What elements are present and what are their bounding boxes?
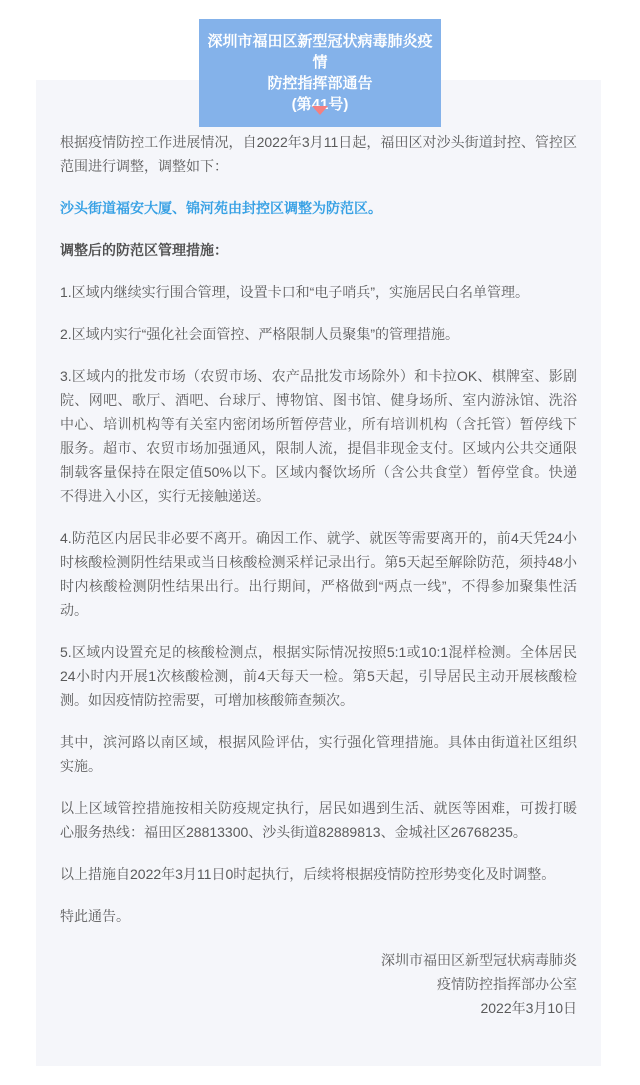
arrow-down-icon — [312, 106, 328, 115]
notice-title-line1: 深圳市福田区新型冠状病毒肺炎疫情 — [203, 31, 437, 73]
signature-org-line1: 深圳市福田区新型冠状病毒肺炎 — [60, 948, 577, 972]
signature-date: 2022年3月10日 — [60, 996, 577, 1020]
signature-block: 深圳市福田区新型冠状病毒肺炎 疫情防控指挥部办公室 2022年3月10日 — [60, 948, 577, 1020]
notice-page: 深圳市福田区新型冠状病毒肺炎疫情 防控指挥部通告 (第41号) 根据疫情防控工作… — [0, 0, 640, 1085]
paragraph-measure-3: 3.区域内的批发市场（农贸市场、农产品批发市场除外）和卡拉OK、棋牌室、影剧院、… — [60, 364, 577, 508]
notice-card: 根据疫情防控工作进展情况，自2022年3月11日起，福田区对沙头街道封控、管控区… — [36, 80, 601, 1066]
paragraph-binhe-road: 其中，滨河路以南区域，根据风险评估，实行强化管理措施。具体由街道社区组织实施。 — [60, 730, 577, 778]
paragraph-measures-heading: 调整后的防范区管理措施： — [60, 238, 577, 262]
paragraph-hotline: 以上区域管控措施按相关防疫规定执行，居民如遇到生活、就医等困难，可拨打暖心服务热… — [60, 796, 577, 844]
paragraph-intro: 根据疫情防控工作进展情况，自2022年3月11日起，福田区对沙头街道封控、管控区… — [60, 130, 577, 178]
paragraph-measure-2: 2.区域内实行“强化社会面管控、严格限制人员聚集”的管理措施。 — [60, 322, 577, 346]
paragraph-measure-4: 4.防范区内居民非必要不离开。确因工作、就学、就医等需要离开的，前4天凭24小时… — [60, 526, 577, 622]
paragraph-highlight-adjustment: 沙头街道福安大厦、锦河苑由封控区调整为防范区。 — [60, 196, 577, 220]
paragraph-effective-date: 以上措施自2022年3月11日0时起执行，后续将根据疫情防控形势变化及时调整。 — [60, 862, 577, 886]
paragraph-closing: 特此通告。 — [60, 904, 577, 928]
paragraph-measure-5: 5.区域内设置充足的核酸检测点，根据实际情况按照5:1或10:1混样检测。全体居… — [60, 640, 577, 712]
notice-body: 根据疫情防控工作进展情况，自2022年3月11日起，福田区对沙头街道封控、管控区… — [60, 130, 577, 1020]
signature-org-line2: 疫情防控指挥部办公室 — [60, 972, 577, 996]
notice-title-line2: 防控指挥部通告 — [203, 73, 437, 94]
paragraph-measure-1: 1.区域内继续实行围合管理，设置卡口和“电子哨兵”，实施居民白名单管理。 — [60, 280, 577, 304]
